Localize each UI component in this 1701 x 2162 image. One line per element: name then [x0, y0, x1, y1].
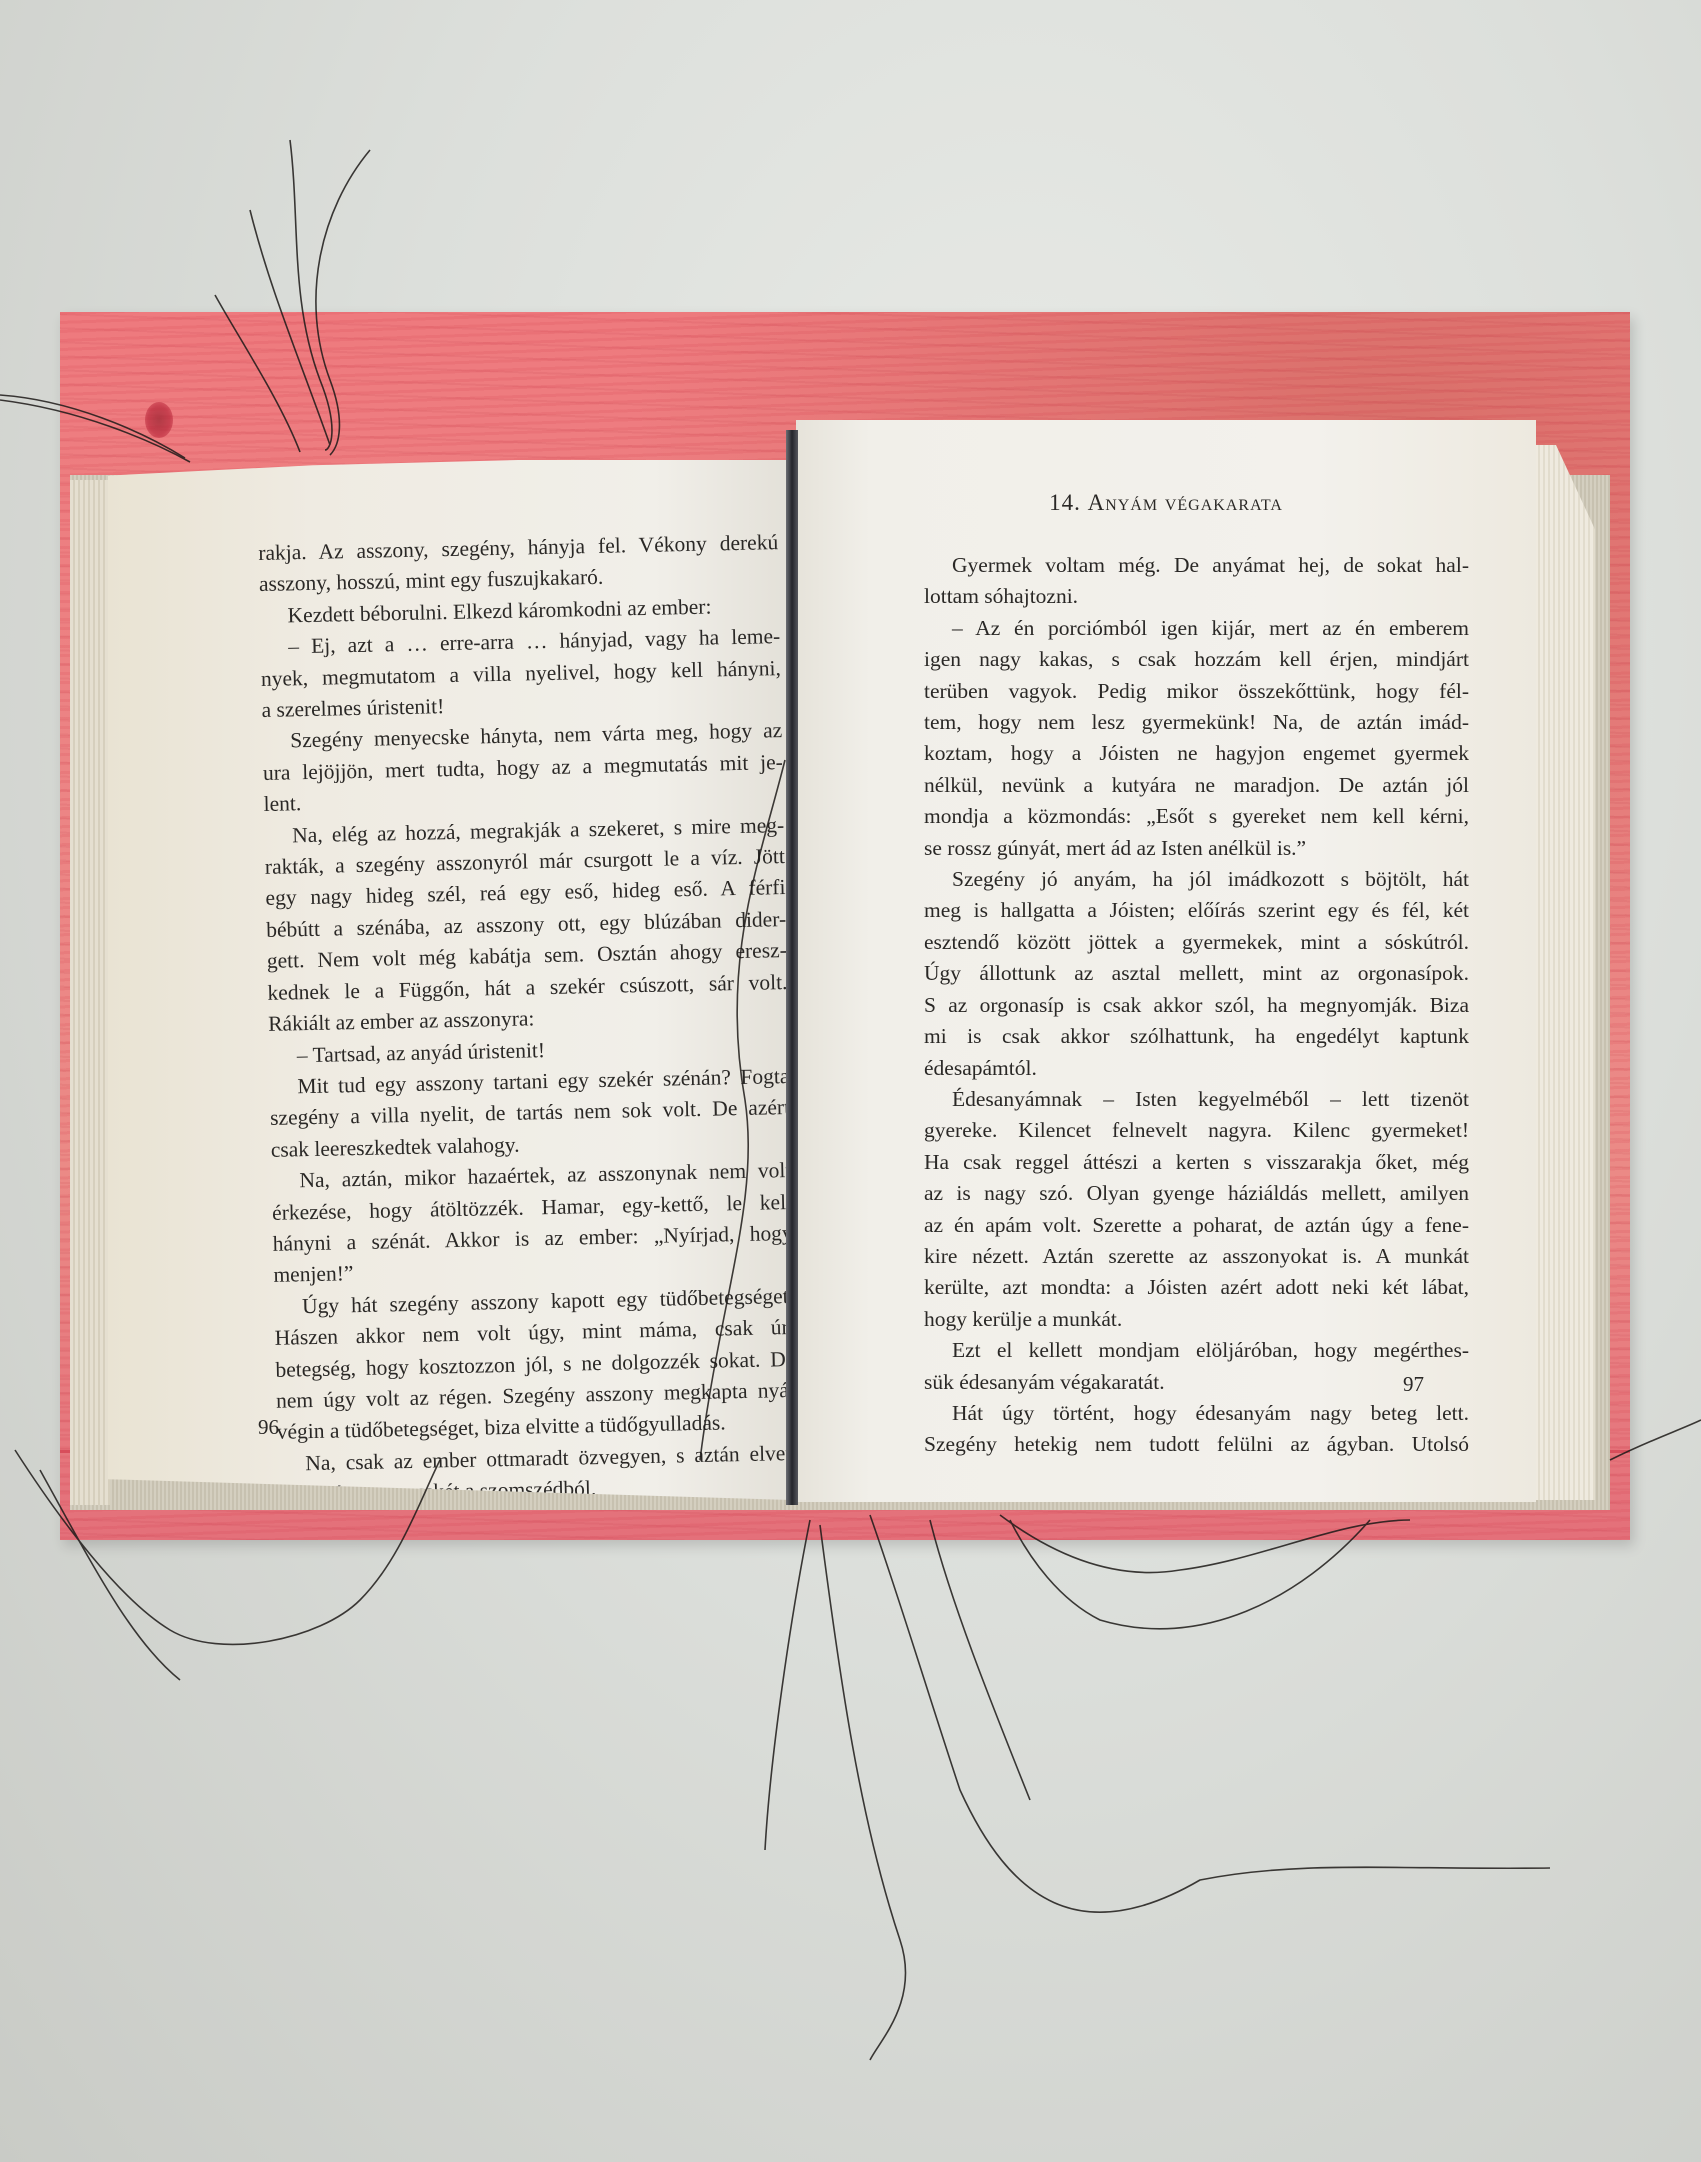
text-line: az is nagy szó. Olyan gyenge háziáldás m…	[924, 1178, 1469, 1209]
text-line: mondja a közmondás: „Esőt s gyereket nem…	[924, 801, 1469, 832]
page-edges-right	[1530, 445, 1595, 1500]
right-page-number: 97	[1403, 1372, 1424, 1397]
text-line: kerülte, azt mondta: a Jóisten azért ado…	[924, 1272, 1469, 1303]
left-page-text: rakja. Az asszony, szegény, hányja fel. …	[258, 527, 798, 1511]
text-line: Szegény jó anyám, ha jól imádkozott s bö…	[924, 864, 1469, 895]
text-line: Szegény hetekig nem tudott felülni az ág…	[924, 1429, 1469, 1460]
page-edges-left	[70, 480, 110, 1505]
text-line: Úgy állottunk az asztal mellett, mint az…	[924, 958, 1469, 989]
text-line: esztendő között jöttek a gyermekek, mint…	[924, 927, 1469, 958]
text-line: meg is hallgatta a Jóisten; előírás szer…	[924, 895, 1469, 926]
chapter-number: 14.	[1049, 490, 1081, 515]
text-line: terüben vagyok. Pedig mikor összekőttünk…	[924, 676, 1469, 707]
text-line: édesapámtól.	[924, 1053, 1469, 1084]
text-line: se rossz gúnyát, mert ád az Isten anélkü…	[924, 833, 1469, 864]
right-page-text: Gyermek voltam még. De anyámat hej, de s…	[924, 550, 1469, 1461]
text-line: Ha csak reggel áttészi a kerten s vissza…	[924, 1147, 1469, 1178]
text-line: nélkül, nevünk a kutyára ne maradjon. De…	[924, 770, 1469, 801]
text-line: kire nézett. Aztán szerette az asszonyok…	[924, 1241, 1469, 1272]
text-line: – Az én porciómból igen kijár, mert az é…	[924, 613, 1469, 644]
chapter-title: Anyám végakarata	[1088, 490, 1283, 515]
left-page-number: 96	[258, 1415, 279, 1440]
text-line: sük édesanyám végakaratát.	[924, 1367, 1469, 1398]
text-line: Hát úgy történt, hogy édesanyám nagy bet…	[924, 1398, 1469, 1429]
left-page: rakja. Az asszony, szegény, hányja fel. …	[108, 460, 792, 1500]
book-gutter	[786, 430, 798, 1505]
text-line: gyereke. Kilencet felnevelt nagyra. Kile…	[924, 1115, 1469, 1146]
open-book: rakja. Az asszony, szegény, hányja fel. …	[70, 420, 1610, 1510]
text-line: Édesanyámnak – Isten kegyelméből – lett …	[924, 1084, 1469, 1115]
right-page: 14. Anyám végakarata Gyermek voltam még.…	[796, 420, 1536, 1502]
chapter-heading: 14. Anyám végakarata	[796, 490, 1536, 516]
text-line: koztam, hogy a Jóisten ne hagyjon engeme…	[924, 738, 1469, 769]
text-line: Ezt el kellett mondjam elöljáróban, hogy…	[924, 1335, 1469, 1366]
text-line: lottam sóhajtozni.	[924, 581, 1469, 612]
text-line: tem, hogy nem lesz gyermekünk! Na, de az…	[924, 707, 1469, 738]
text-line: hogy kerülje a munkát.	[924, 1304, 1469, 1335]
text-line: igen nagy kakas, s csak hozzám kell érje…	[924, 644, 1469, 675]
text-line: az én apám volt. Szerette a poharat, de …	[924, 1210, 1469, 1241]
text-line: Gyermek voltam még. De anyámat hej, de s…	[924, 550, 1469, 581]
text-line: mi is csak akkor szólhattunk, ha engedél…	[924, 1021, 1469, 1052]
text-line: S az orgonasíp is csak akkor szól, ha me…	[924, 990, 1469, 1021]
